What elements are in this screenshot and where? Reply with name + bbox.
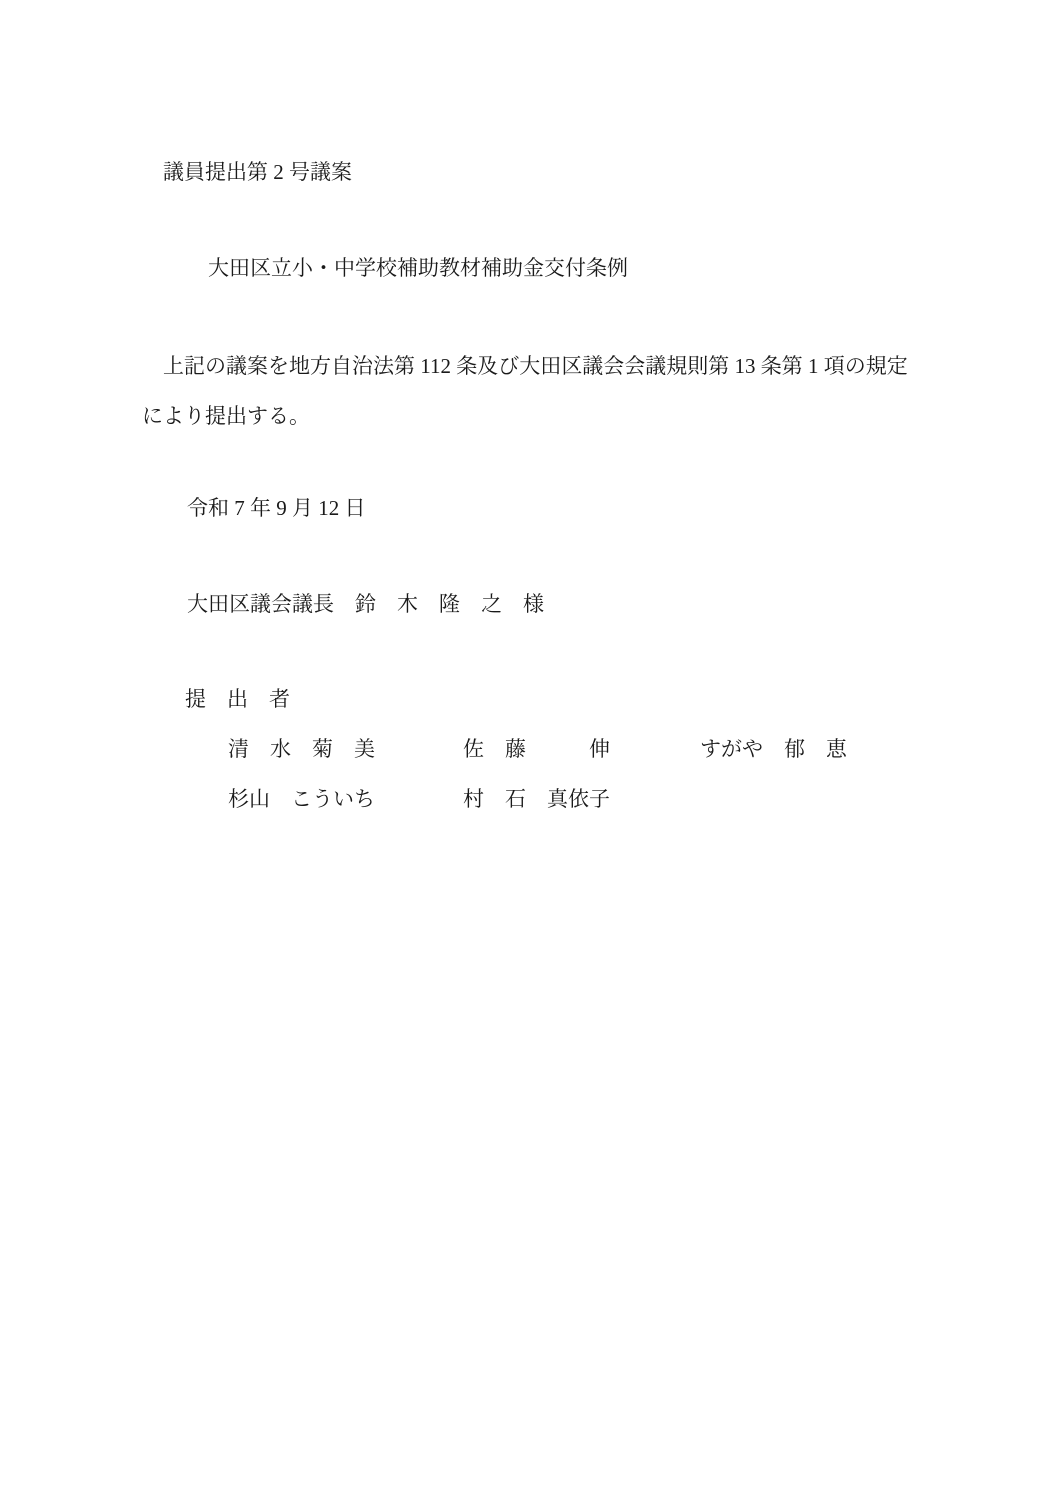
body-text-line-1: 上記の議案を地方自治法第 112 条及び大田区議会会議規則第 13 条第 1 項…	[163, 354, 908, 378]
bill-title: 大田区立小・中学校補助教材補助金交付条例	[208, 256, 628, 280]
bill-number: 議員提出第 2 号議案	[163, 160, 352, 184]
submitter-name: 村 石 真依子	[463, 787, 610, 811]
submitter-name: 杉山 こういち	[228, 787, 375, 811]
document-date: 令和 7 年 9 月 12 日	[187, 496, 366, 520]
submitter-name: 清 水 菊 美	[228, 737, 375, 761]
document-page: 議員提出第 2 号議案 大田区立小・中学校補助教材補助金交付条例 上記の議案を地…	[0, 0, 1058, 1497]
submitter-name: すがや 郁 恵	[700, 737, 847, 761]
addressee: 大田区議会議長 鈴 木 隆 之 様	[187, 592, 544, 616]
submitter-name: 佐 藤 伸	[463, 737, 610, 761]
body-text-line-2: により提出する。	[142, 404, 310, 428]
submitter-label: 提 出 者	[185, 687, 290, 711]
